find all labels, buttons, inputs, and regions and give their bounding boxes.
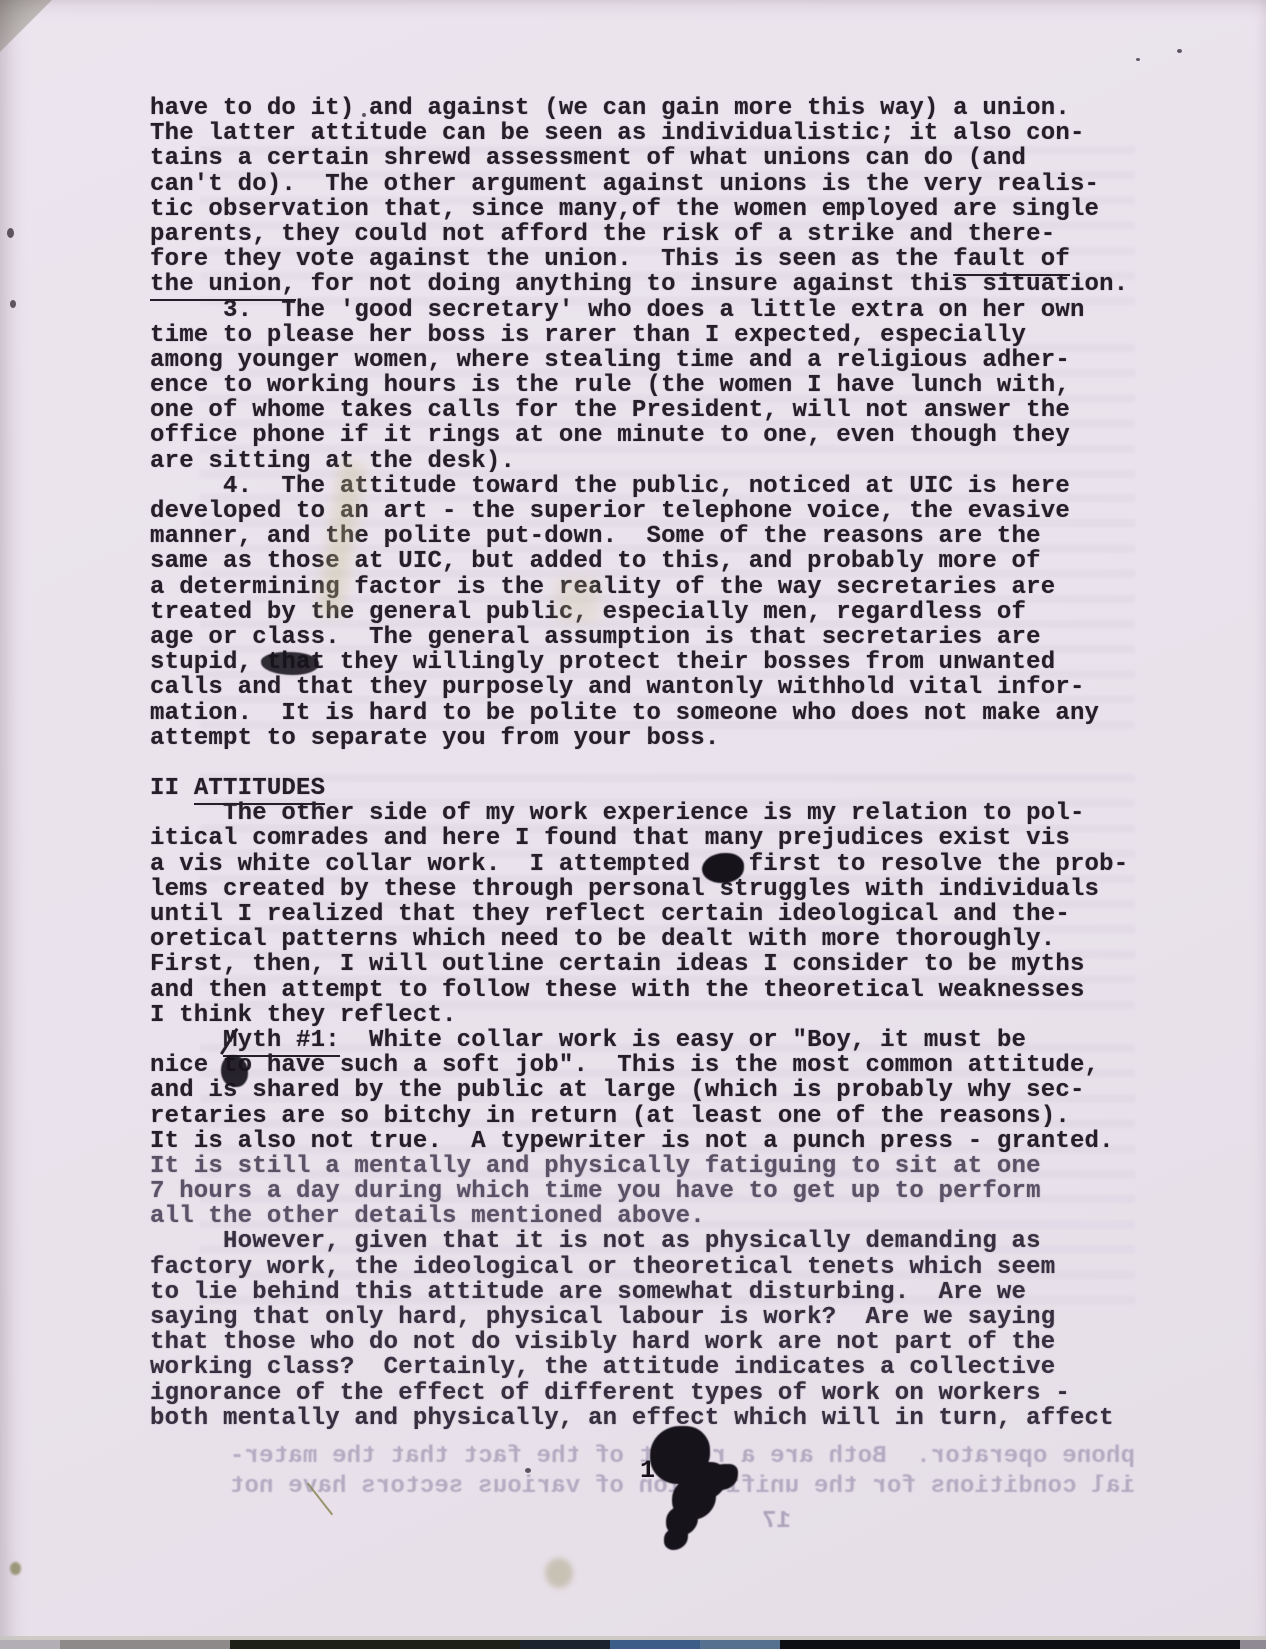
- document-line: the union, for not doing anything to ins…: [150, 272, 1150, 297]
- document-line: 7 hours a day during which time you have…: [150, 1179, 1150, 1204]
- scan-edge-segment: [700, 1640, 780, 1649]
- document-line: developed to an art - the superior telep…: [150, 499, 1150, 524]
- document-line: working class? Certainly, the attitude i…: [150, 1355, 1150, 1380]
- document-line: itical comrades and here I found that ma…: [150, 826, 1150, 851]
- document-line: same as those at UIC, but added to this,…: [150, 549, 1150, 574]
- document-line: factory work, the ideological or theoret…: [150, 1255, 1150, 1280]
- scanned-page: have to do it) and against (we can gain …: [0, 0, 1266, 1649]
- document-line: The latter attitude can be seen as indiv…: [150, 121, 1150, 146]
- scan-edge-segment: [230, 1640, 520, 1649]
- document-line: to lie behind this attitude are somewhat…: [150, 1280, 1150, 1305]
- document-line: ignorance of the effect of different typ…: [150, 1381, 1150, 1406]
- speck: [362, 113, 366, 117]
- speck: [1177, 49, 1182, 53]
- document-line: among younger women, where stealing time…: [150, 348, 1150, 373]
- document-line: treated by the general public, especiall…: [150, 600, 1150, 625]
- document-line: attempt to separate you from your boss.: [150, 726, 1150, 751]
- speck: [10, 300, 16, 308]
- scan-edge-segment: [520, 1640, 610, 1649]
- document-line: all the other details mentioned above.: [150, 1204, 1150, 1229]
- document-line: Myth #1: White collar work is easy or "B…: [150, 1028, 1150, 1053]
- scan-edge-segment: [0, 1640, 60, 1649]
- document-line: The other side of my work experience is …: [150, 801, 1150, 826]
- speck: [1136, 58, 1140, 61]
- document-line: 3. The 'good secretary' who does a littl…: [150, 298, 1150, 323]
- speck: [7, 228, 14, 238]
- scan-edge-band: [0, 1640, 1266, 1649]
- ink-blot: [221, 1055, 248, 1087]
- document-line: tic observation that, since many,of the …: [150, 197, 1150, 222]
- document-line: and then attempt to follow these with th…: [150, 978, 1150, 1003]
- document-line: oretical patterns which need to be dealt…: [150, 927, 1150, 952]
- document-line: First, then, I will outline certain idea…: [150, 952, 1150, 977]
- document-line: and is shared by the public at large (wh…: [150, 1078, 1150, 1103]
- document-line: nice to have such a soft job". This is t…: [150, 1053, 1150, 1078]
- document-line: 4. The attitude toward the public, notic…: [150, 474, 1150, 499]
- document-line: mation. It is hard to be polite to someo…: [150, 701, 1150, 726]
- document-line: manner, and the polite put-down. Some of…: [150, 524, 1150, 549]
- document-line: parents, they could not afford the risk …: [150, 222, 1150, 247]
- document-line: both mentally and physically, an effect …: [150, 1406, 1150, 1431]
- speck: [525, 1468, 531, 1473]
- document-line: until I realized that they reflect certa…: [150, 902, 1150, 927]
- document-line: saying that only hard, physical labour i…: [150, 1305, 1150, 1330]
- document-line: It is still a mentally and physically fa…: [150, 1154, 1150, 1179]
- document-line: age or class. The general assumption is …: [150, 625, 1150, 650]
- stain-mark: [10, 1562, 21, 1575]
- document-line: can't do). The other argument against un…: [150, 172, 1150, 197]
- document-line: [150, 751, 1150, 776]
- document-line: fore they vote against the union. This i…: [150, 247, 1150, 272]
- stain-mark: [545, 1558, 573, 1588]
- document-line: one of whome takes calls for the Preside…: [150, 398, 1150, 423]
- typed-text-block: have to do it) and against (we can gain …: [150, 96, 1150, 1431]
- document-line: office phone if it rings at one minute t…: [150, 423, 1150, 448]
- document-line: time to please her boss is rarer than I …: [150, 323, 1150, 348]
- scan-edge-segment: [1240, 1640, 1266, 1649]
- document-line: lems created by these through personal s…: [150, 877, 1150, 902]
- document-line: a vis white collar work. I attempted fir…: [150, 852, 1150, 877]
- document-line: ence to working hours is the rule (the w…: [150, 373, 1150, 398]
- document-line: I think they reflect.: [150, 1003, 1150, 1028]
- document-line: have to do it) and against (we can gain …: [150, 96, 1150, 121]
- scan-corner-shadow: [0, 0, 52, 52]
- ink-blot: [702, 853, 744, 883]
- document-line: that those who do not do visibly hard wo…: [150, 1330, 1150, 1355]
- document-line: calls and that they purposely and wanton…: [150, 675, 1150, 700]
- document-line: It is also not true. A typewriter is not…: [150, 1129, 1150, 1154]
- document-line: However, given that it is not as physica…: [150, 1229, 1150, 1254]
- document-line: a determining factor is the reality of t…: [150, 575, 1150, 600]
- document-line: tains a certain shrewd assessment of wha…: [150, 146, 1150, 171]
- bleedthrough-page-number: 17: [762, 1508, 791, 1535]
- document-line: retaries are so bitchy in return (at lea…: [150, 1104, 1150, 1129]
- document-line: are sitting at the desk).: [150, 449, 1150, 474]
- scan-edge-segment: [60, 1640, 230, 1649]
- document-line: II ATTITUDES: [150, 776, 1150, 801]
- scan-edge-segment: [610, 1640, 700, 1649]
- scan-edge-segment: [780, 1640, 1240, 1649]
